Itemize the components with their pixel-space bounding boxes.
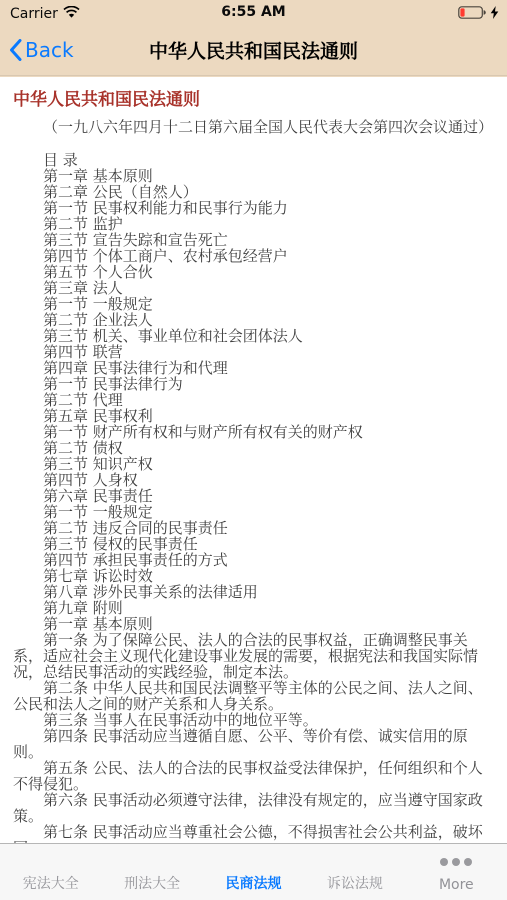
toc-entry: 第三节 侵权的民事责任 xyxy=(13,536,494,552)
status-bar: Carrier 6:55 AM xyxy=(0,0,507,24)
navigation-bar: Back 中华人民共和国民法通则 xyxy=(0,24,507,76)
page-title: 中华人民共和国民法通则 xyxy=(60,36,447,63)
toc: 第一章 基本原则第二章 公民（自然人）第一节 民事权利能力和民事行为能力第二节 … xyxy=(13,168,494,616)
tab-criminal[interactable]: 刑法大全 xyxy=(101,844,202,900)
charging-bolt-icon xyxy=(490,6,499,23)
toc-entry: 第四节 个体工商户、农村承包经营户 xyxy=(13,248,494,264)
document-paragraph: 第一章 基本原则 xyxy=(13,616,494,632)
tab-bar: 宪法大全刑法大全民商法规诉讼法规More xyxy=(0,843,507,900)
document-paragraph: 第五条 公民、法人的合法的民事权益受法律保护，任何组织和个人不得侵犯。 xyxy=(13,760,494,792)
toc-entry: 第二节 债权 xyxy=(13,440,494,456)
wifi-icon xyxy=(63,6,80,22)
document-title: 中华人民共和国民法通则 xyxy=(13,90,494,110)
document-paragraph: 第四条 民事活动应当遵循自愿、公平、等价有偿、诚实信用的原则。 xyxy=(13,728,494,760)
toc-entry: 第三节 知识产权 xyxy=(13,456,494,472)
toc-entry: 第四节 联营 xyxy=(13,344,494,360)
tab-civil-commercial[interactable]: 民商法规 xyxy=(203,844,304,900)
toc-entry: 第二节 企业法人 xyxy=(13,312,494,328)
document-body: 第一章 基本原则第一条 为了保障公民、法人的合法的民事权益，正确调整民事关系，适… xyxy=(13,616,494,843)
tab-more[interactable]: More xyxy=(406,844,507,900)
document-paragraph: 第七条 民事活动应当尊重社会公德，不得损害社会公共利益，破坏国 xyxy=(13,824,494,843)
toc-entry: 第一节 民事法律行为 xyxy=(13,376,494,392)
toc-entry: 第二节 违反合同的民事责任 xyxy=(13,520,494,536)
document-paragraph: 第二条 中华人民共和国民法调整平等主体的公民之间、法人之间、公民和法人之间的财产… xyxy=(13,680,494,712)
toc-heading: 目 录 xyxy=(13,152,494,168)
carrier-label: Carrier xyxy=(10,6,58,22)
toc-entry: 第二章 公民（自然人） xyxy=(13,184,494,200)
tab-label: 民商法规 xyxy=(226,873,282,893)
toc-entry: 第八章 涉外民事关系的法律适用 xyxy=(13,584,494,600)
toc-entry: 第三章 法人 xyxy=(13,280,494,296)
document-paragraph: 第六条 民事活动必须遵守法律，法律没有规定的，应当遵守国家政策。 xyxy=(13,792,494,824)
document-paragraph: 第三条 当事人在民事活动中的地位平等。 xyxy=(13,712,494,728)
tab-label: 刑法大全 xyxy=(124,873,180,893)
tab-procedure[interactable]: 诉讼法规 xyxy=(304,844,405,900)
toc-entry: 第三节 宣告失踪和宣告死亡 xyxy=(13,232,494,248)
toc-entry: 第二节 代理 xyxy=(13,392,494,408)
toc-entry: 第九章 附则 xyxy=(13,600,494,616)
toc-entry: 第七章 诉讼时效 xyxy=(13,568,494,584)
toc-entry: 第一节 民事权利能力和民事行为能力 xyxy=(13,200,494,216)
toc-entry: 第一节 财产所有权和与财产所有权有关的财产权 xyxy=(13,424,494,440)
tab-constitution[interactable]: 宪法大全 xyxy=(0,844,101,900)
toc-entry: 第一节 一般规定 xyxy=(13,296,494,312)
back-chevron-icon xyxy=(9,39,22,61)
toc-entry: 第二节 监护 xyxy=(13,216,494,232)
toc-entry: 第三节 机关、事业单位和社会团体法人 xyxy=(13,328,494,344)
document-view[interactable]: 中华人民共和国民法通则 （一九八六年四月十二日第六届全国人民代表大会第四次会议通… xyxy=(0,77,507,843)
toc-entry: 第五节 个人合伙 xyxy=(13,264,494,280)
toc-entry: 第四章 民事法律行为和代理 xyxy=(13,360,494,376)
toc-entry: 第五章 民事权利 xyxy=(13,408,494,424)
toc-entry: 第一章 基本原则 xyxy=(13,168,494,184)
toc-entry: 第一节 一般规定 xyxy=(13,504,494,520)
battery-icon xyxy=(458,6,487,23)
toc-entry: 第六章 民事责任 xyxy=(13,488,494,504)
toc-entry: 第四节 人身权 xyxy=(13,472,494,488)
tab-label: 宪法大全 xyxy=(23,873,79,893)
tab-label: 诉讼法规 xyxy=(327,873,383,893)
toc-entry: 第四节 承担民事责任的方式 xyxy=(13,552,494,568)
document-subtitle: （一九八六年四月十二日第六届全国人民代表大会第四次会议通过） xyxy=(13,119,494,135)
tab-label: More xyxy=(439,877,474,893)
document-paragraph: 第一条 为了保障公民、法人的合法的民事权益，正确调整民事关系，适应社会主义现代化… xyxy=(13,632,494,680)
more-ellipsis-icon xyxy=(440,856,472,868)
